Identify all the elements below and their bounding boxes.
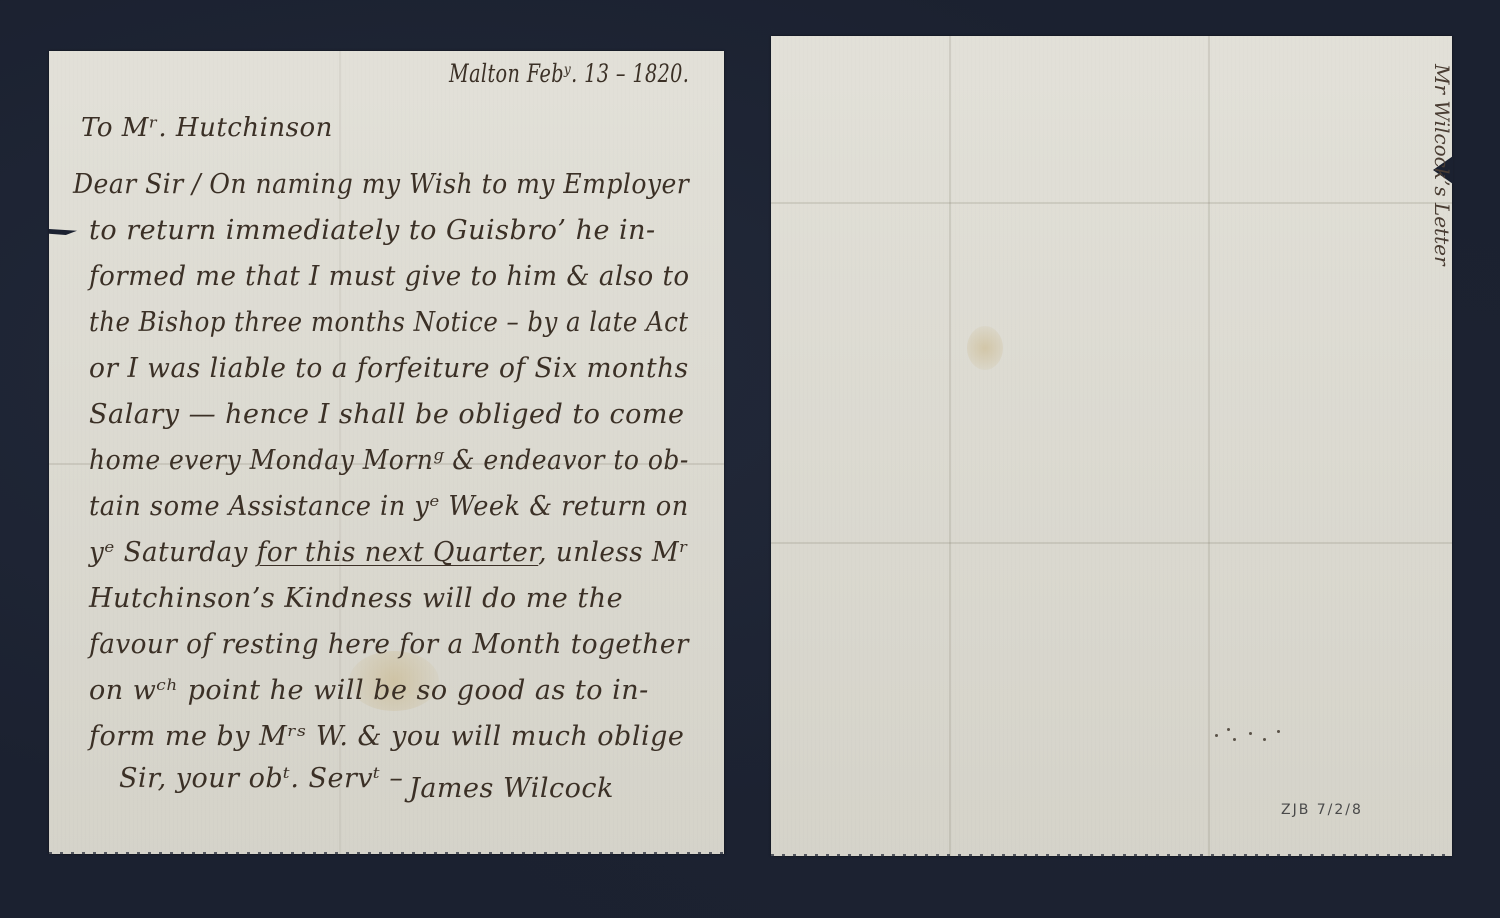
letter-line: yᵉ Saturday for this next Quarter, unles… [89,537,689,568]
letter-verso-page: Mr Wilcock’s Letter ZJB 7/2/8 [771,36,1452,856]
endorsement: Mr Wilcock’s Letter [1430,64,1454,266]
letter-line: or I was liable to a forfeiture of Six m… [89,353,689,384]
letter-line: Dear Sir / On naming my Wish to my Emplo… [73,169,689,200]
closing: Sir, your obᵗ. Servᵗ – [119,763,403,794]
stain [967,326,1003,370]
letter-line: Hutchinson’s Kindness will do me the [89,583,623,614]
letter-line: to return immediately to Guisbro’ he in- [89,215,656,246]
addressee: To Mʳ. Hutchinson [81,113,333,143]
signature: James Wilcock [409,773,614,804]
letter-line: on wᶜʰ point he will be so good as to in… [89,675,649,706]
letter-line: home every Monday Mornᵍ & endeavor to ob… [89,445,689,476]
underlined-phrase: for this next Quarter [257,537,539,568]
letter-line: Salary — hence I shall be obliged to com… [89,399,684,430]
letter-line: form me by Mʳˢ W. & you will much oblige [89,721,684,752]
letter-line: the Bishop three months Notice – by a la… [89,307,689,338]
letter-recto-page: Malton Febʸ. 13 – 1820. To Mʳ. Hutchinso… [49,51,724,854]
archive-mark: ZJB 7/2/8 [1281,802,1363,818]
fold-line [949,36,951,856]
letter-line: tain some Assistance in yᵉ Week & return… [89,491,689,522]
tear-mark [49,229,77,235]
fold-line [1208,36,1210,856]
letter-line: favour of resting here for a Month toget… [89,629,689,660]
letter-line: formed me that I must give to him & also… [89,261,690,292]
fold-line [771,542,1452,544]
dateline: Malton Febʸ. 13 – 1820. [449,59,689,88]
fold-line [771,202,1452,204]
